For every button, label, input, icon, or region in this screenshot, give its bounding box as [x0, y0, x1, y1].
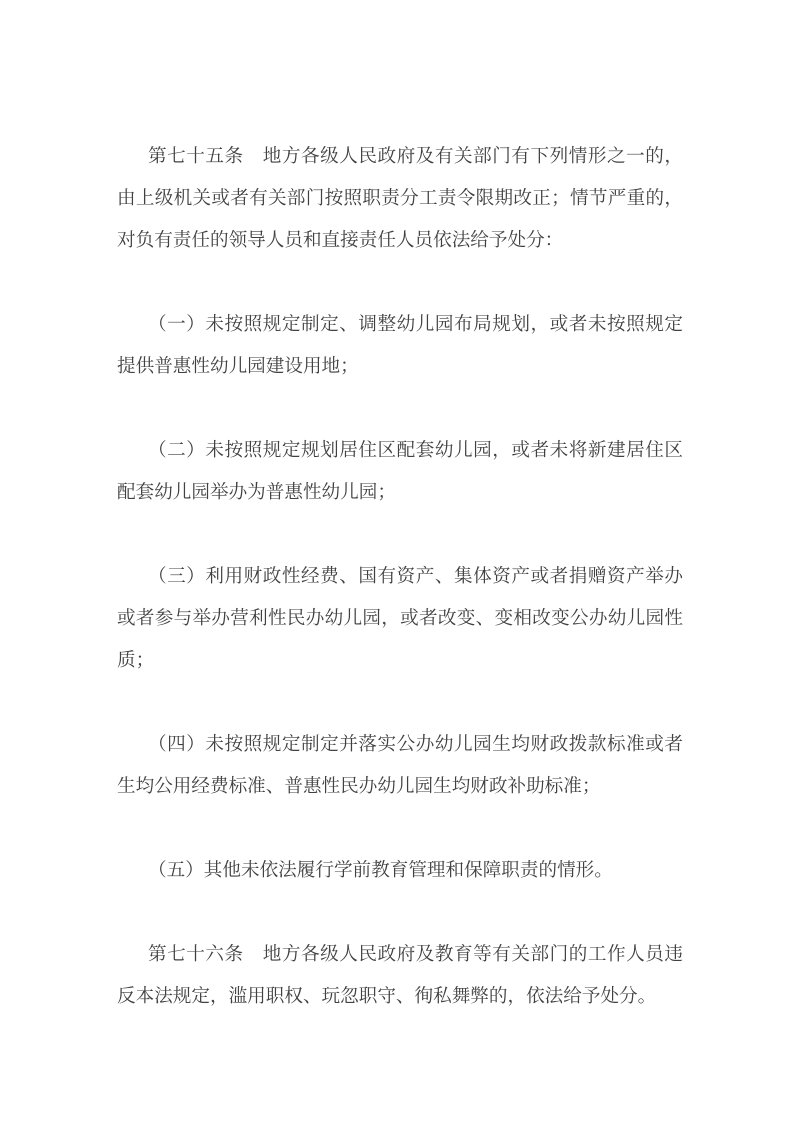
article-75-clause-1: （一）未按照规定制定、调整幼儿园布局规划，或者未按照规定提供普惠性幼儿园建设用地…: [117, 304, 683, 388]
article-75-clause-4: （四）未按照规定制定并落实公办幼儿园生均财政拨款标准或者生均公用经费标准、普惠性…: [117, 724, 683, 808]
document-page: 第七十五条 地方各级人民政府及有关部门有下列情形之一的，由上级机关或者有关部门按…: [0, 0, 800, 1131]
article-75-clause-2: （二）未按照规定规划居住区配套幼儿园，或者未将新建居住区配套幼儿园举办为普惠性幼…: [117, 430, 683, 514]
article-75-lead-paragraph: 第七十五条 地方各级人民政府及有关部门有下列情形之一的，由上级机关或者有关部门按…: [117, 136, 683, 262]
article-75-clause-3: （三）利用财政性经费、国有资产、集体资产或者捐赠资产举办或者参与举办营利性民办幼…: [117, 556, 683, 682]
article-75-clause-5: （五）其他未依法履行学前教育管理和保障职责的情形。: [117, 850, 683, 892]
article-76-paragraph: 第七十六条 地方各级人民政府及教育等有关部门的工作人员违反本法规定，滥用职权、玩…: [117, 934, 683, 1018]
